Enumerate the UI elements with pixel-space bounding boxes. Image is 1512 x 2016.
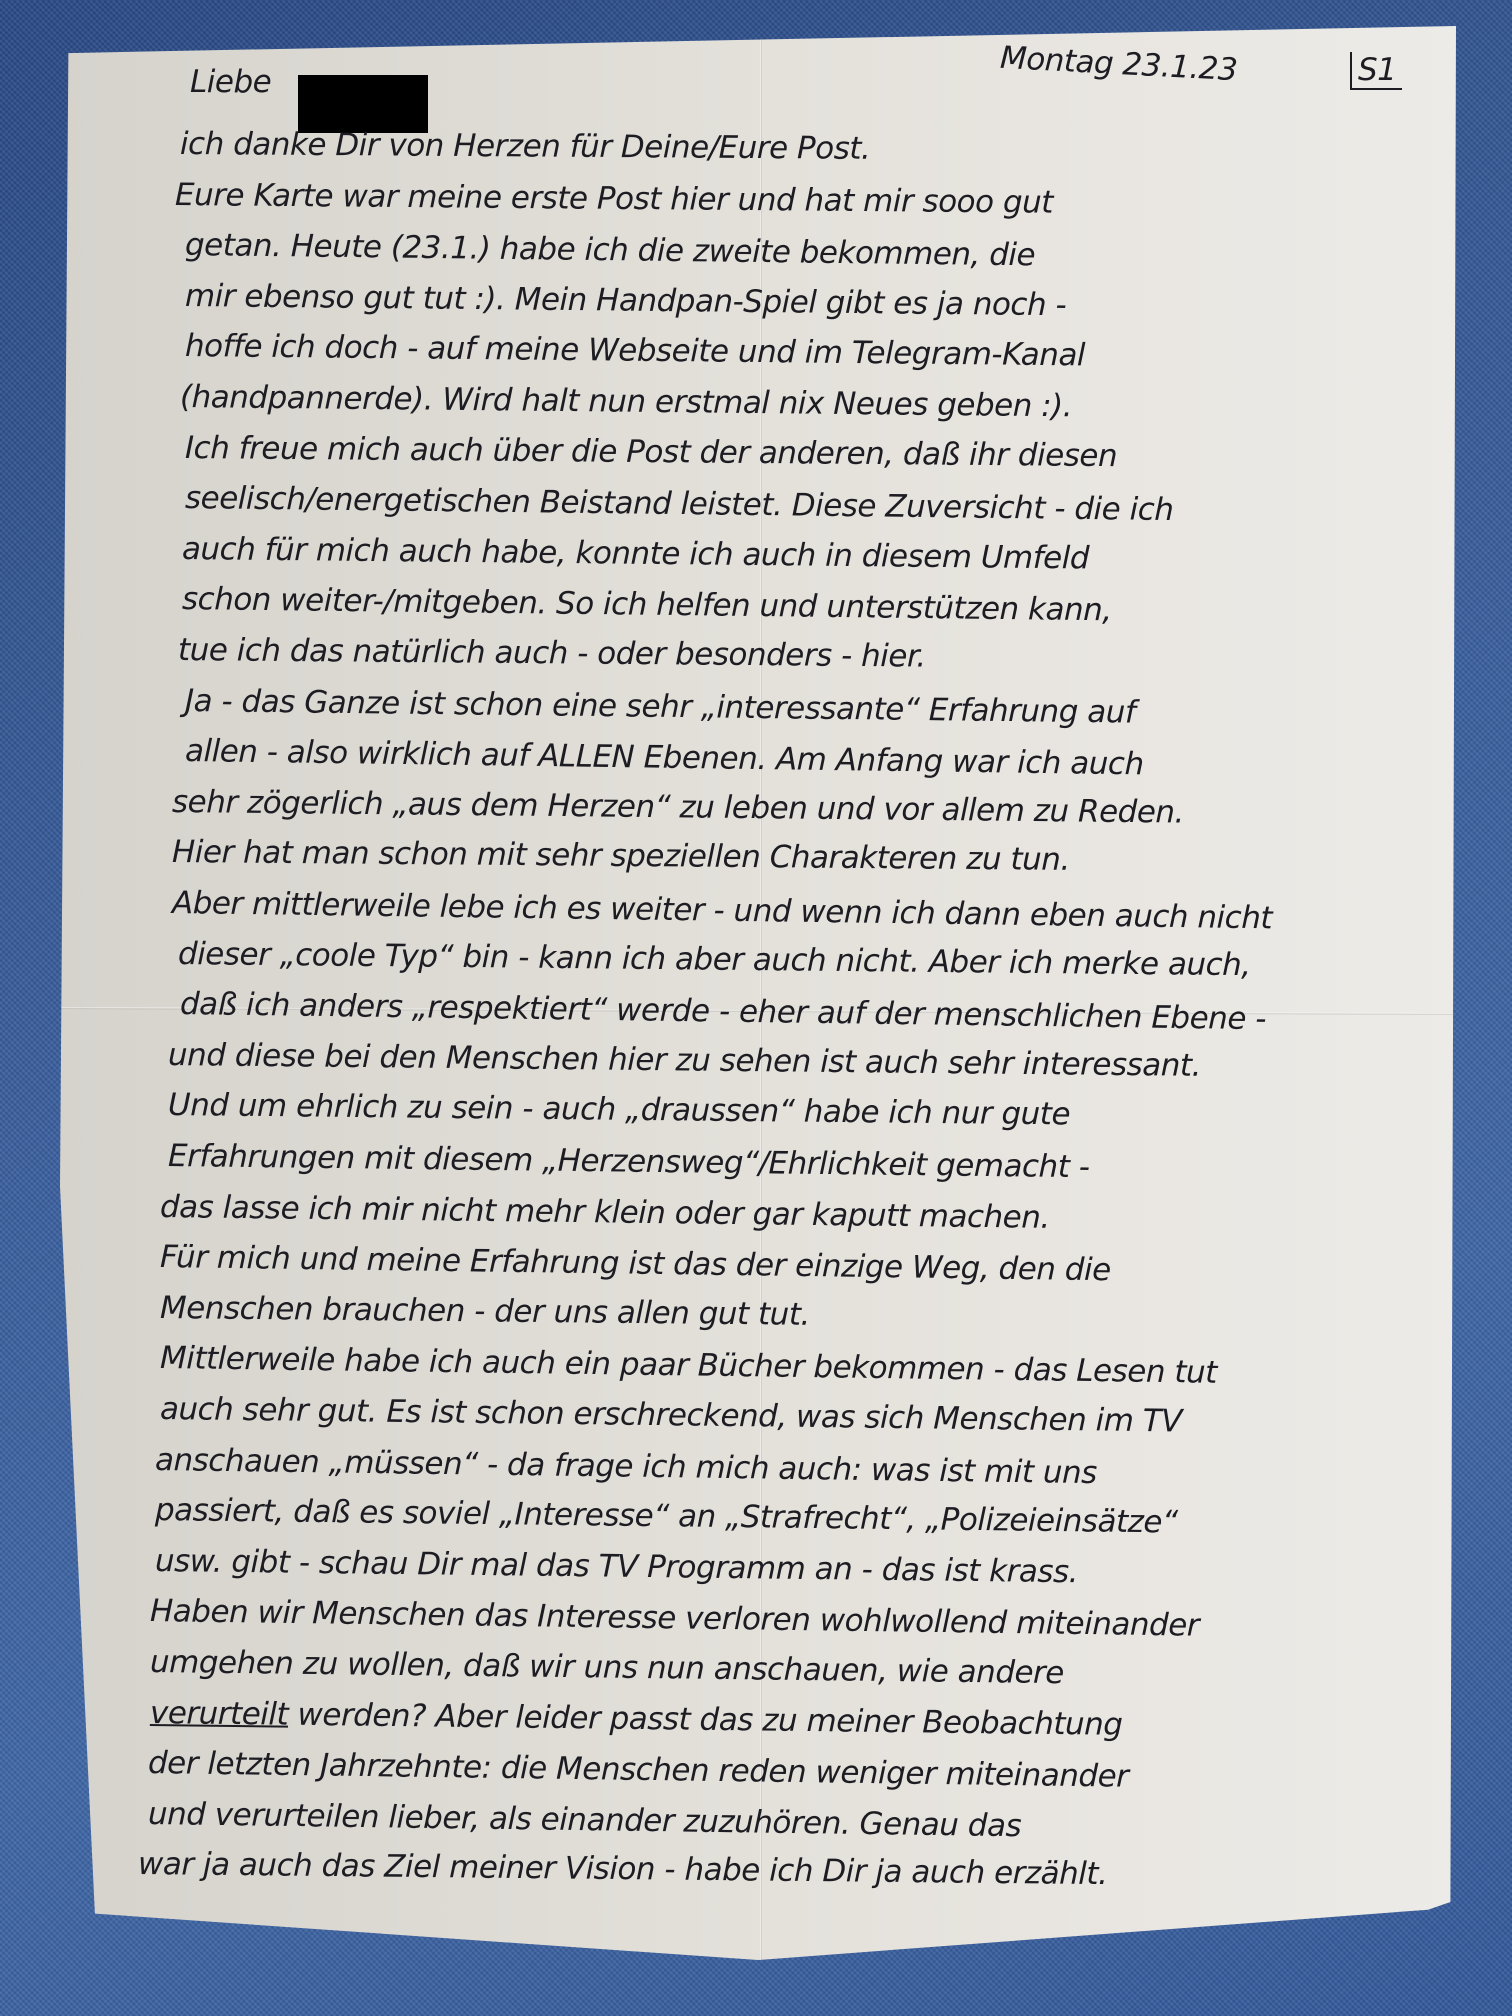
letter-line: Eure Karte war meine erste Post hier und… xyxy=(175,177,1053,221)
salutation: Liebe xyxy=(190,64,271,100)
letter-line: seelisch/energetischen Beistand leistet.… xyxy=(185,480,1174,528)
letter-line: getan. Heute (23.1.) habe ich die zweite… xyxy=(185,227,1036,273)
letter-line: Menschen brauchen - der uns allen gut tu… xyxy=(160,1290,810,1333)
letter-line: Und um ehrlich zu sein - auch „draussen“… xyxy=(168,1087,1070,1132)
letter-line: passiert, daß es soviel „Interesse“ an „… xyxy=(155,1492,1178,1540)
letter-line: verurteilt werden? Aber leider passt das… xyxy=(150,1695,1123,1743)
letter-paper: Liebe Montag 23.1.23 S1 ich danke Dir vo… xyxy=(60,26,1456,1960)
letter-line: allen - also wirklich auf ALLEN Ebenen. … xyxy=(185,733,1144,782)
letter-line: und verurteilen lieber, als einander zuz… xyxy=(148,1796,1022,1844)
page-number: S1 xyxy=(1350,52,1402,90)
letter-line: Ich freue mich auch über die Post der an… xyxy=(185,430,1117,474)
letter-line: war ja auch das Ziel meiner Vision - hab… xyxy=(138,1846,1108,1892)
letter-line: und diese bei den Menschen hier zu sehen… xyxy=(168,1037,1201,1084)
letter-line: Hier hat man schon mit sehr speziellen C… xyxy=(172,834,1070,878)
letter-line: hoffe ich doch - auf meine Webseite und … xyxy=(185,328,1085,373)
letter-line: Ja - das Ganze ist schon eine sehr „inte… xyxy=(185,683,1136,731)
letter-line: der letzten Jahrzehnte: die Menschen red… xyxy=(148,1745,1129,1795)
letter-line: sehr zögerlich „aus dem Herzen“ zu leben… xyxy=(172,784,1184,831)
letter-date: Montag 23.1.23 xyxy=(999,40,1238,88)
letter-line: das lasse ich mir nicht mehr klein oder … xyxy=(160,1189,1050,1236)
letter-line: (handpannerde). Wird halt nun erstmal ni… xyxy=(180,379,1072,424)
letter-line: Für mich und meine Erfahrung ist das der… xyxy=(160,1239,1111,1288)
letter-line: tue ich das natürlich auch - oder besond… xyxy=(178,632,926,675)
letter-line: Erfahrungen mit diesem „Herzensweg“/Ehrl… xyxy=(168,1138,1090,1185)
letter-line: schon weiter-/mitgeben. So ich helfen un… xyxy=(182,581,1112,628)
underlined-word: verurteilt xyxy=(150,1695,289,1733)
letter-line: anschauen „müssen“ - da frage ich mich a… xyxy=(155,1442,1097,1491)
letter-line: dieser „coole Typ“ bin - kann ich aber a… xyxy=(178,936,1251,983)
letter-line: auch sehr gut. Es ist schon erschreckend… xyxy=(160,1391,1182,1439)
letter-line: mir ebenso gut tut :). Mein Handpan-Spie… xyxy=(185,278,1067,323)
letter-line: umgehen zu wollen, daß wir uns nun ansch… xyxy=(150,1644,1064,1691)
letter-line: auch für mich auch habe, konnte ich auch… xyxy=(182,531,1089,576)
letter-line: Haben wir Menschen das Interesse verlore… xyxy=(150,1593,1200,1644)
margin-note: (ist) xyxy=(132,1931,183,1961)
letter-line: ich danke Dir von Herzen für Deine/Eure … xyxy=(180,126,871,167)
letter-line: Aber mittlerweile lebe ich es weiter - u… xyxy=(172,885,1273,936)
redacted-recipient-name xyxy=(298,75,428,133)
letter-line: daß ich anders „respektiert“ werde - ehe… xyxy=(180,986,1266,1037)
letter-line: Mittlerweile habe ich auch ein paar Büch… xyxy=(160,1340,1217,1391)
letter-line: usw. gibt - schau Dir mal das TV Program… xyxy=(155,1543,1078,1590)
